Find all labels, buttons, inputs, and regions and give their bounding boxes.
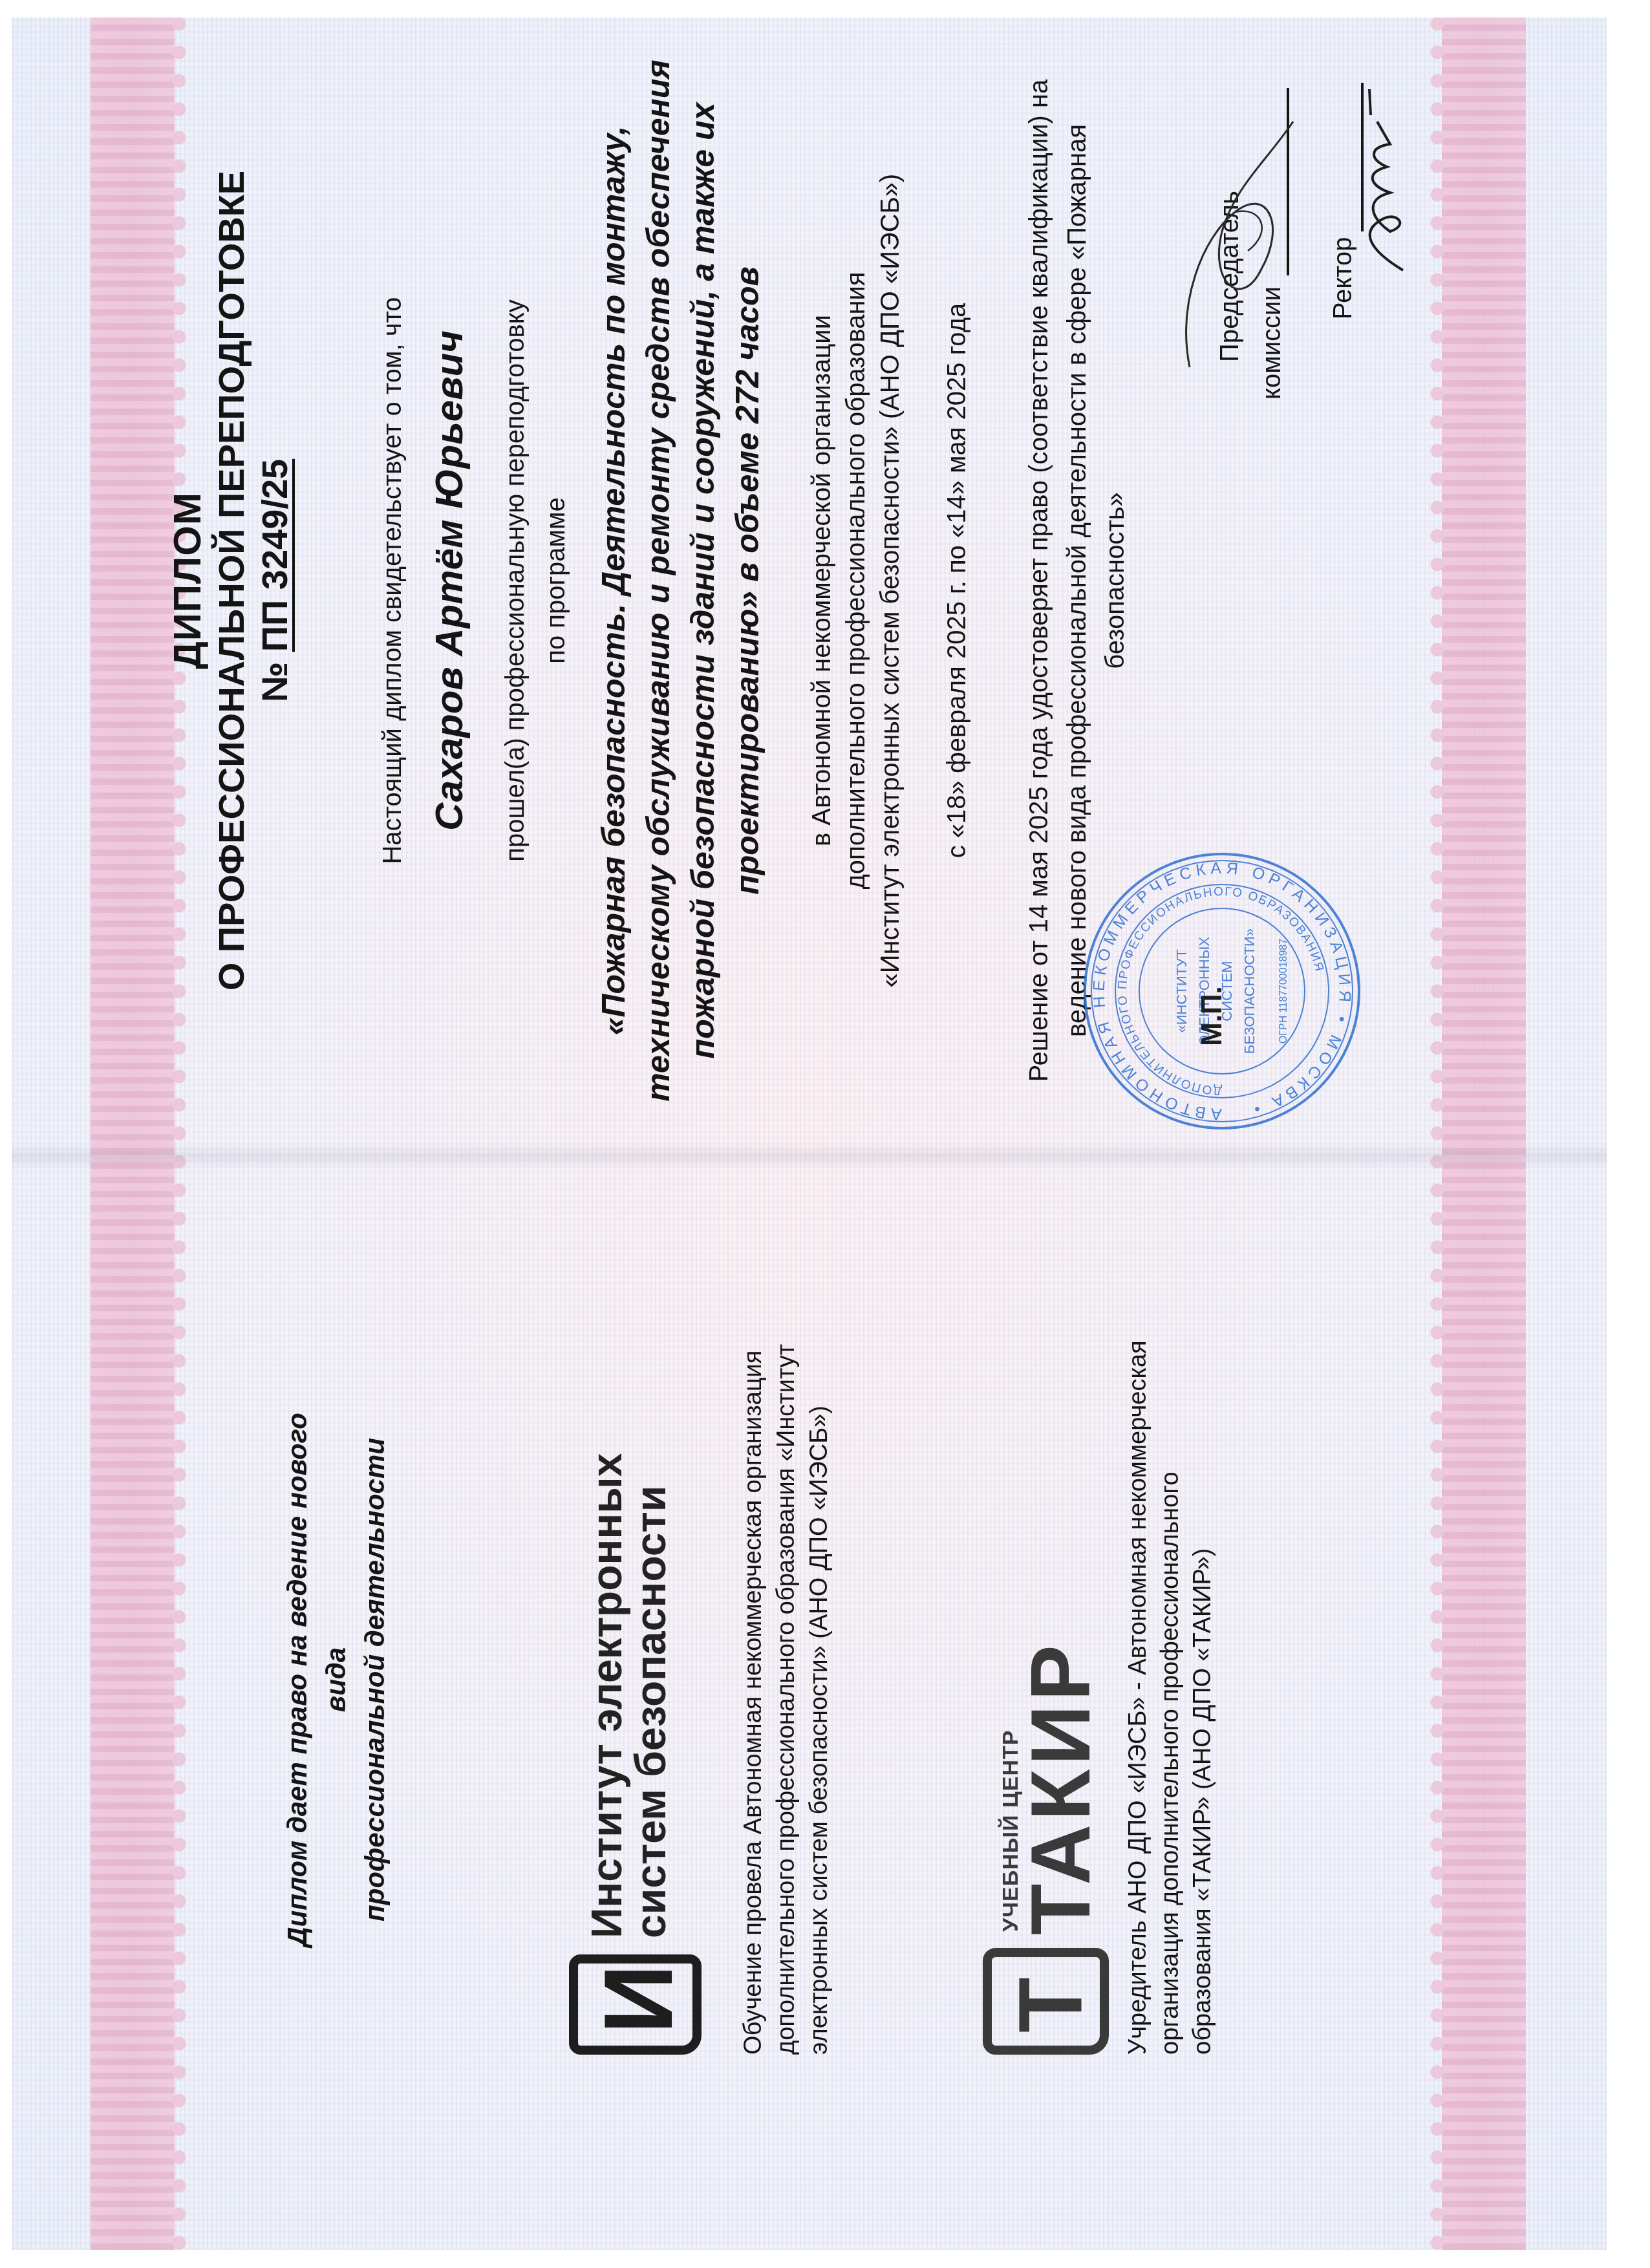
by-program-text: по программе	[542, 18, 571, 1143]
svg-text:ОГРН 1187700018987: ОГРН 1187700018987	[1278, 939, 1289, 1043]
ies-description: Обучение провела Автономная некоммерческ…	[737, 1343, 836, 2055]
diploma-spread: Диплом дает право на ведение нового вида…	[0, 0, 1650, 2268]
training-dates: с «18» февраля 2025 г. по «14» мая 2025 …	[943, 18, 972, 1143]
rights-note-line-1: Диплом дает право на ведение нового вида	[278, 1389, 356, 1971]
rights-note: Диплом дает право на ведение нового вида…	[278, 1389, 394, 1971]
left-page: Диплом дает право на ведение нового вида…	[0, 1143, 1650, 2268]
organization: в Автономной некоммерческой организации …	[805, 18, 908, 1143]
ies-logo-line-2: систем безопасности	[626, 1486, 675, 1938]
holder-name: Сахаров Артём Юрьевич	[427, 18, 471, 1143]
svg-text:«ИНСТИТУТ: «ИНСТИТУТ	[1173, 949, 1190, 1032]
rector-signature-icon	[1332, 83, 1429, 277]
document-number-value: ПП 3249/25	[254, 459, 295, 652]
rights-note-line-2: профессиональной деятельности	[356, 1389, 394, 1971]
takir-logo-title: ТАКИР	[1015, 1641, 1106, 1935]
organization-line-2: дополнительного профессионального образо…	[839, 18, 873, 1143]
document-number: № ПП 3249/25	[253, 18, 295, 1143]
organization-line-1: в Автономной некоммерческой организации	[805, 18, 839, 1143]
takir-description: Учредитель АНО ДПО «ИЭСБ» - Автономная н…	[1122, 1331, 1219, 2055]
document-subtitle: О ПРОФЕССИОНАЛЬНОЙ ПЕРЕПОДГОТОВКЕ	[210, 18, 252, 1143]
intro-text: Настоящий диплом свидетельствует о том, …	[378, 18, 407, 1143]
ies-logo-line-1: Институт электронных	[582, 1453, 631, 1938]
svg-text:БЕЗОПАСНОСТИ»: БЕЗОПАСНОСТИ»	[1241, 928, 1258, 1054]
ies-logo-icon: И	[569, 1954, 702, 2055]
completed-text: прошел(а) профессиональную переподготовк…	[501, 18, 530, 1143]
takir-logo-icon: Т	[983, 1948, 1109, 2055]
stamp-placeholder: М.П.	[1196, 986, 1228, 1046]
chair-signature-icon	[1164, 109, 1306, 380]
organization-line-3: «Институт электронных систем безопасност…	[873, 18, 908, 1143]
program-title: «Пожарная безопасность. Деятельность по …	[592, 18, 770, 1143]
document-title: ДИПЛОМ	[165, 18, 209, 1143]
